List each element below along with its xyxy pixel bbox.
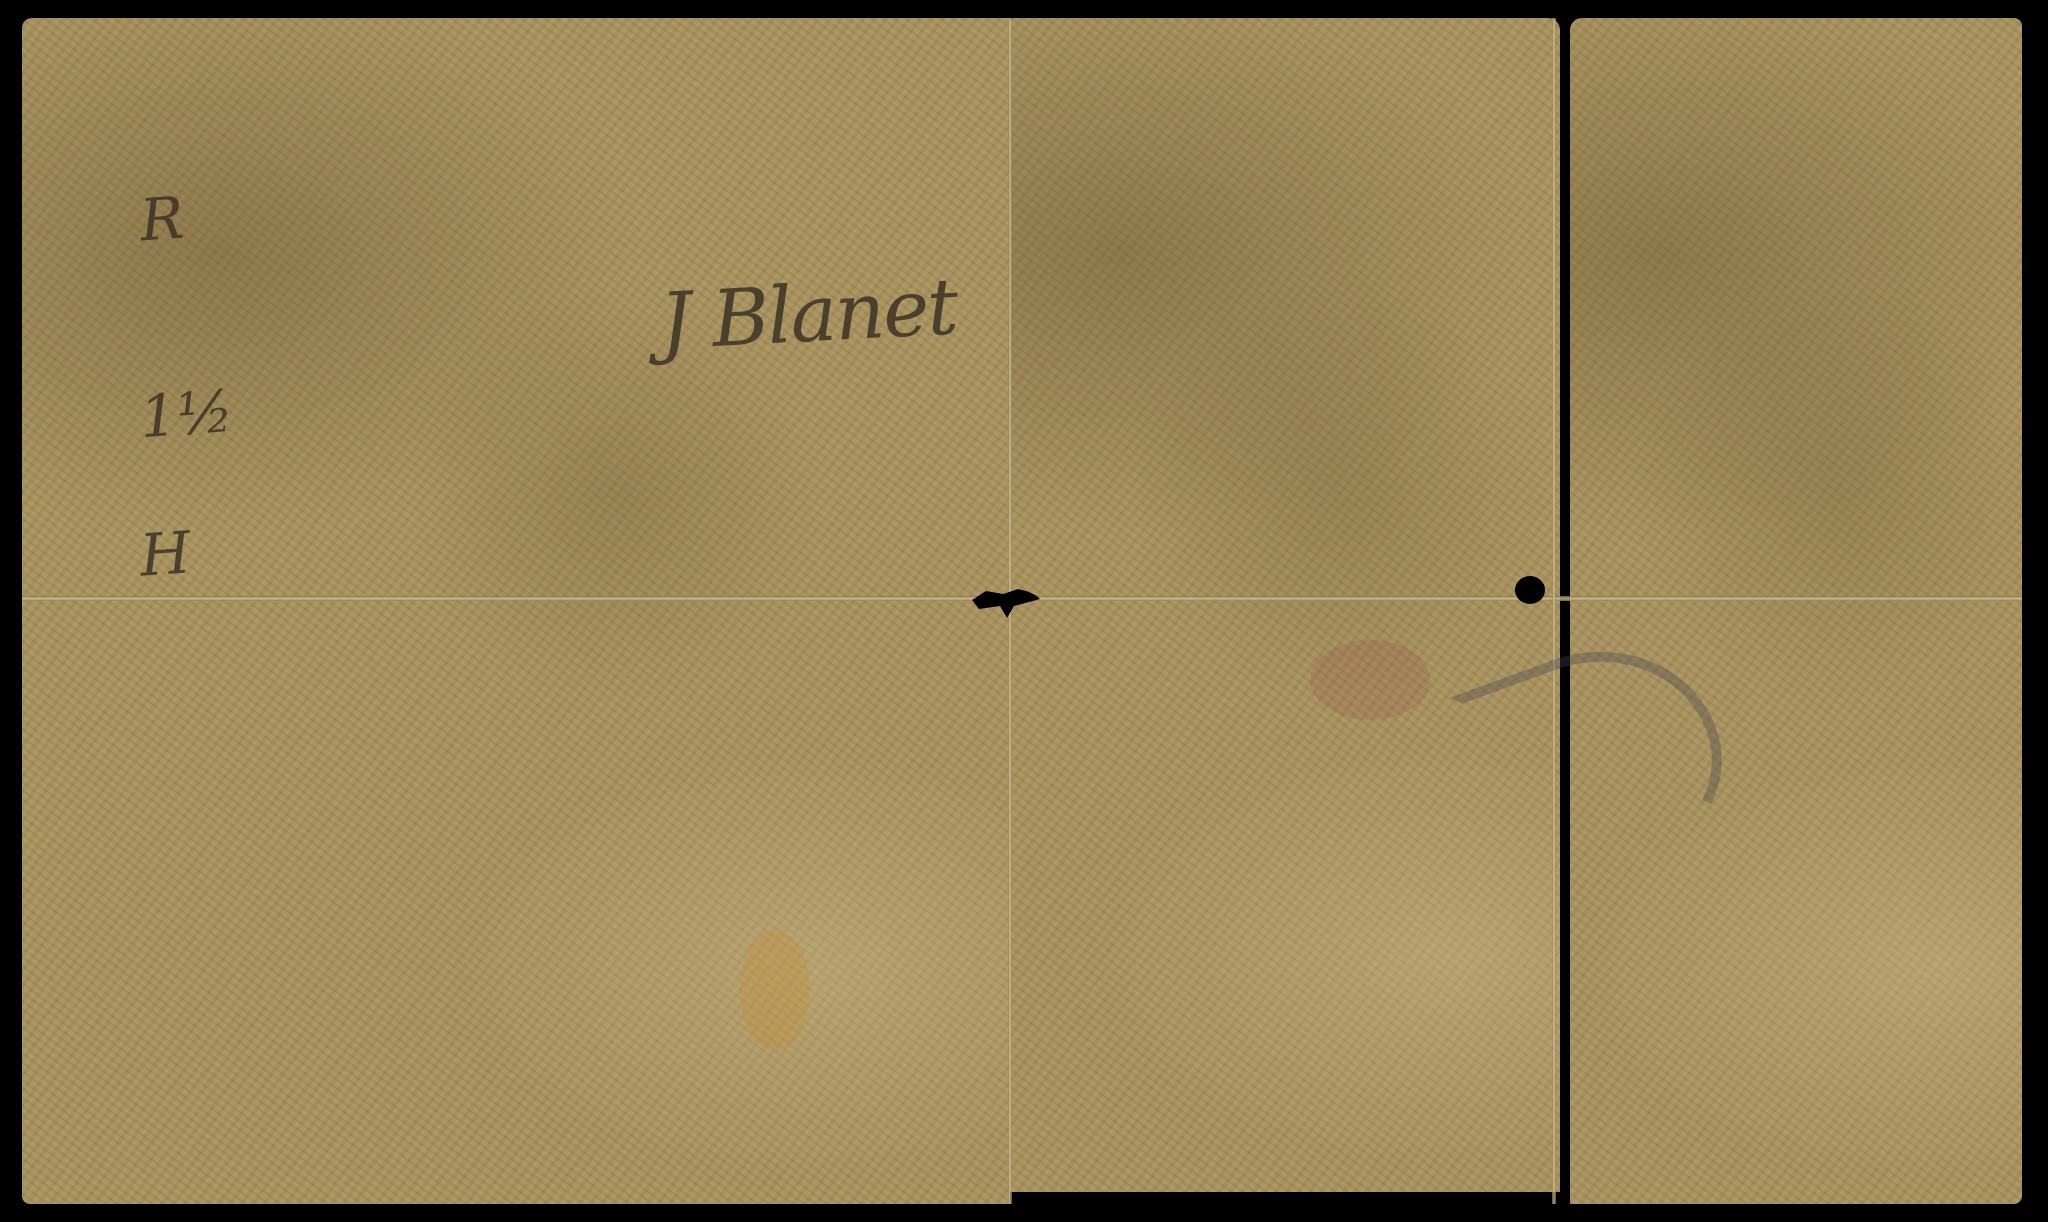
vertical-fold-line-right bbox=[1552, 18, 1556, 1204]
margin-mark-2: 1½ bbox=[138, 377, 236, 451]
paper-panel-right bbox=[1570, 18, 2022, 1204]
margin-mark-1: R bbox=[138, 184, 186, 255]
right-fold-hole bbox=[1515, 576, 1545, 604]
reddish-stain bbox=[1310, 640, 1430, 720]
paper-panel-middle bbox=[1008, 18, 1560, 1192]
margin-mark-3: H bbox=[138, 518, 193, 589]
orange-stain bbox=[740, 930, 810, 1050]
handwritten-signature: J Blanet bbox=[658, 262, 959, 367]
